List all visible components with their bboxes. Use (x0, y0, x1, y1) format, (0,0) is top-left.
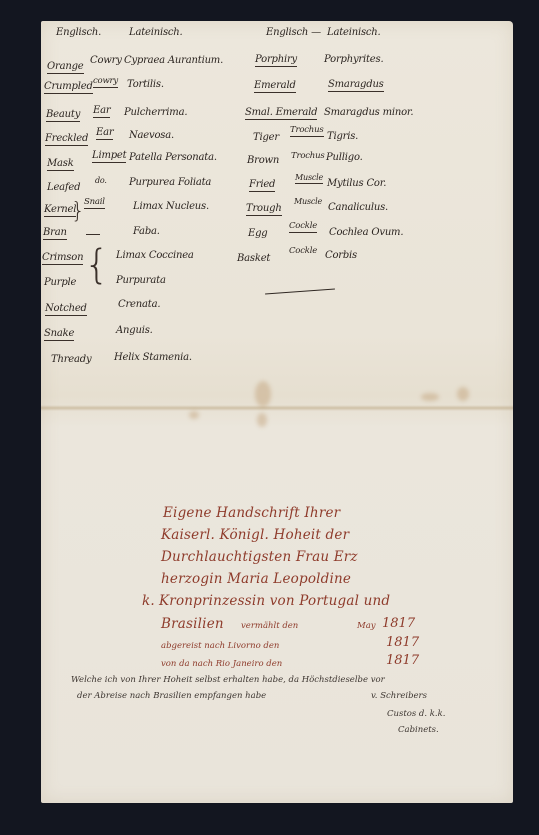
left-latin-11: Anguis. (116, 325, 153, 336)
left-english-2: Beauty (46, 109, 80, 122)
manuscript-page: Englisch. Lateinisch. Orange Cowry Cypra… (41, 21, 513, 803)
right-latin-8: Corbis (325, 250, 357, 261)
right-mid-6: Muscle (294, 197, 322, 206)
stain (257, 413, 267, 427)
right-latin-2: Smaragdus minor. (324, 107, 413, 118)
right-latin-1: Smaragdus (328, 79, 384, 92)
header-english-right: Englisch — (266, 27, 321, 38)
stain (255, 381, 271, 407)
title-line-4: herzogin Maria Leopoldine (161, 571, 351, 587)
left-latin-2: Pulcherrima. (124, 107, 187, 118)
left-english-11: Snake (44, 328, 74, 341)
right-latin-3: Tigris. (327, 131, 358, 142)
left-latin-10: Crenata. (118, 299, 160, 310)
left-latin-1: Tortilis. (127, 79, 164, 90)
signature-line-2: Custos d. k.k. (387, 709, 446, 719)
left-latin-3: Naevosa. (129, 130, 174, 141)
year-2: 1817 (386, 635, 419, 650)
title-line-7: abgereist nach Livorno den (161, 641, 279, 651)
title-line-1: Eigene Handschrift Ihrer (163, 505, 340, 521)
left-english-5: Leafed (47, 182, 80, 193)
right-latin-7: Cochlea Ovum. (329, 227, 403, 238)
left-latin-6: Limax Nucleus. (133, 201, 209, 212)
signature-line-3: Cabinets. (398, 725, 439, 735)
right-english-5: Fried (249, 179, 275, 192)
separator-line (265, 289, 335, 295)
right-english-6: Trough (246, 203, 282, 216)
title-line-8: von da nach Rio Janeiro den (161, 659, 282, 669)
left-latin-5: Purpurea Foliata (129, 177, 211, 188)
left-latin-9: Purpurata (116, 275, 166, 286)
right-mid-5: Muscle (295, 173, 323, 184)
right-latin-6: Canaliculus. (328, 202, 388, 213)
right-english-8: Basket (237, 253, 270, 264)
left-english-1: Crumpled (44, 81, 93, 94)
right-english-0: Porphiry (255, 54, 297, 67)
left-english-9: Purple (44, 277, 76, 288)
right-english-3: Tiger (253, 132, 279, 143)
right-mid-8: Cockle (289, 246, 317, 256)
right-english-2: Smal. Emerald (245, 107, 317, 120)
right-latin-5: Mytilus Cor. (327, 178, 386, 189)
stain (189, 411, 199, 419)
left-english-10: Notched (45, 303, 87, 316)
header-latin-left: Lateinisch. (129, 27, 183, 38)
right-latin-4: Pulligo. (326, 152, 363, 163)
right-latin-0: Porphyrites. (324, 54, 383, 65)
left-mid-1: cowry (93, 76, 118, 88)
left-latin-12: Helix Stamenia. (114, 352, 192, 363)
title-line-6: Brasilien (161, 616, 224, 632)
right-mid-4: Trochus (291, 151, 325, 161)
left-english-4: Mask (47, 158, 74, 171)
header-english-left: Englisch. (56, 27, 101, 38)
left-mid-6: Snail (84, 197, 105, 209)
right-mid-7: Cockle (289, 221, 317, 233)
left-mid-5: do. (95, 176, 107, 185)
dash (86, 234, 100, 235)
left-latin-0: Cypraea Aurantium. (124, 55, 223, 66)
left-mid-3: Ear (96, 127, 113, 140)
year-1: 1817 (382, 616, 415, 631)
title-line-2: Kaiserl. Königl. Hoheit der (161, 527, 349, 543)
left-english-12: Thready (51, 354, 91, 365)
line6-note: vermählt den (241, 621, 298, 631)
left-mid-0: Cowry (90, 55, 122, 66)
brace: } (71, 199, 85, 224)
note-line-2: der Abreise nach Brasilien empfangen hab… (77, 691, 266, 701)
left-english-3: Freckled (45, 133, 88, 146)
left-mid-2: Ear (93, 105, 110, 118)
right-mid-3: Trochus (290, 125, 324, 137)
stain (457, 387, 469, 401)
title-line-3: Durchlauchtigsten Frau Erz (161, 549, 358, 565)
left-english-8: Crimson (42, 252, 83, 265)
right-english-1: Emerald (254, 80, 296, 93)
line5-prefix: k. (142, 593, 155, 609)
note-line-1: Welche ich von Ihrer Hoheit selbst erhal… (71, 675, 385, 685)
line6-date: May (357, 621, 376, 631)
left-latin-4: Patella Personata. (129, 152, 217, 163)
right-english-4: Brown (247, 155, 279, 166)
left-mid-4: Limpet (92, 150, 126, 163)
signature-line-1: v. Schreibers (371, 691, 427, 701)
left-english-0: Orange (47, 61, 84, 74)
right-english-7: Egg (248, 228, 268, 239)
left-latin-8: Limax Coccinea (116, 250, 194, 261)
fold-crease (41, 405, 513, 411)
left-latin-7: Faba. (133, 226, 160, 237)
year-3: 1817 (386, 653, 419, 668)
header-latin-right: Lateinisch. (327, 27, 381, 38)
left-english-7: Bran (43, 227, 67, 240)
stain (421, 393, 439, 401)
brace: { (84, 245, 109, 285)
title-line-5: Kronprinzessin von Portugal und (159, 593, 390, 609)
